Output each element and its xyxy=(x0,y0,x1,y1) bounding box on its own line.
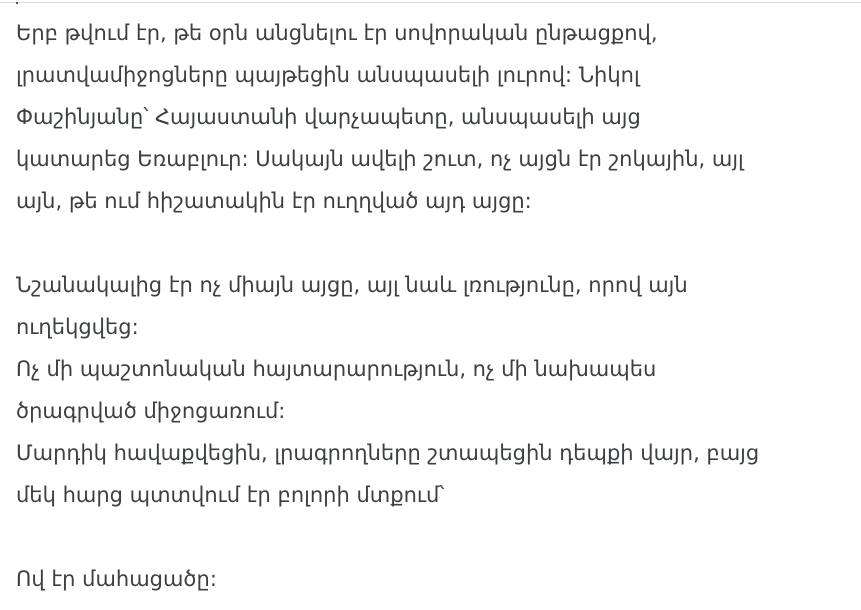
text-line: ծրագրված միջոցառում: xyxy=(16,399,285,423)
text-line: Ոչ մի պաշտոնական հայտարարություն, ոչ մի … xyxy=(16,357,656,381)
text-line: այն, թե ում հիշատակին էր ուղղված այդ այց… xyxy=(16,189,532,213)
paragraph-5-question: Ով էր մահացածը: xyxy=(16,558,856,600)
text-line: Նշանակալից էր ոչ միայն այցը, այլ նաև լռո… xyxy=(16,273,688,297)
paragraph-1: Երբ թվում էր, թե օրն անցնելու էր սովորակ… xyxy=(16,12,856,222)
paragraph-4: Մարդիկ հավաքվեցին, լրագրողները շտապեցին … xyxy=(16,432,856,516)
text-line: լրատվամիջոցները պայթեցին անսպասելի լուրո… xyxy=(16,63,640,87)
text-line: կատարեց Եռաբլուր: Սակայն ավելի շուտ, ոչ … xyxy=(16,147,744,171)
top-divider xyxy=(0,2,861,3)
article-body: Երբ թվում էր, թե օրն անցնելու էր սովորակ… xyxy=(16,12,856,600)
text-line: ուղեկցվեց: xyxy=(16,315,139,339)
text-line: Երբ թվում էր, թե օրն անցնելու էր սովորակ… xyxy=(16,21,658,45)
paragraph-3: Ոչ մի պաշտոնական հայտարարություն, ոչ մի … xyxy=(16,348,856,432)
top-marker xyxy=(16,2,18,4)
text-line: Ով էր մահացածը: xyxy=(16,567,217,591)
text-line: մեկ հարց պտտվում էր բոլորի մտքում՝ xyxy=(16,483,444,507)
paragraph-2: Նշանակալից էր ոչ միայն այցը, այլ նաև լռո… xyxy=(16,264,856,348)
text-line: Փաշինյանը՝ Հայաստանի վարչապետը, անսպասել… xyxy=(16,105,641,129)
text-line: Մարդիկ հավաքվեցին, լրագրողները շտապեցին … xyxy=(16,441,759,465)
